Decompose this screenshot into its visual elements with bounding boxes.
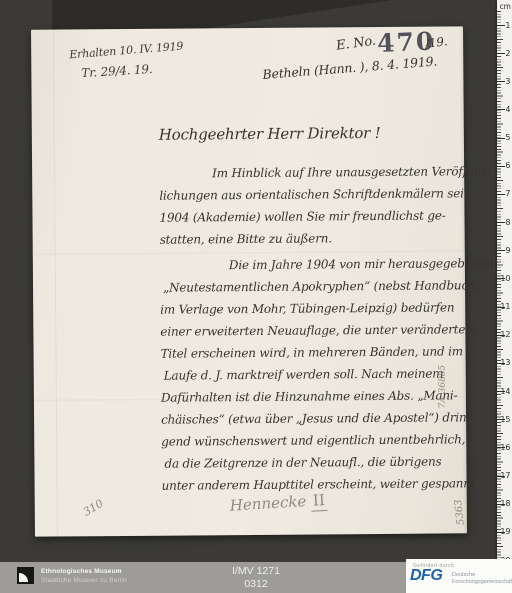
ruler-cm-number: 10 [497, 274, 512, 283]
ruler-cm-number: 3 [497, 77, 512, 86]
entry-number-prefix: E. No. [335, 34, 376, 54]
salutation: Hochgeehrter Herr Direktor ! [159, 124, 381, 144]
letter-line: Titel erscheinen wird, in mehreren Bände… [161, 344, 463, 360]
letter-line: einer erweiterten Neuauflage, die unter … [160, 322, 476, 338]
fold-crease-horizontal-1 [33, 250, 465, 256]
letter-line: da die Zeitgrenze in der Neuaufl., die ü… [164, 454, 441, 470]
letter-line: statten, eine Bitte zu äußern. [160, 231, 332, 246]
ruler-cm-number: 11 [497, 302, 512, 311]
ruler-unit-label: cm [497, 2, 512, 11]
ruler-cm-number: 5 [497, 133, 512, 142]
fold-crease-vertical [53, 30, 59, 537]
ruler-cm-number: 14 [497, 387, 512, 396]
letter-line: „Neutestamentlichen Apokryphen“ (nebst H… [163, 278, 479, 294]
ruler-cm-number: 9 [497, 246, 512, 255]
ruler-half-ticks [497, 39, 503, 560]
entry-number-suffix: /19. [424, 34, 448, 51]
received-note-line1: Erhalten 10. IV. 1919 [69, 40, 184, 62]
letter-line: unter anderem Haupttitel erscheint, weit… [162, 476, 476, 492]
ruler-cm-number: 8 [497, 218, 512, 227]
pencil-catchword-suffix: II [310, 491, 327, 512]
letter-line: Die im Jahre 1904 von mir herausgegebene… [229, 256, 494, 272]
letter-line: Im Hinblick auf Ihre unausgesetzten Verö… [212, 164, 490, 180]
letter-line: 1904 (Akademie) wollen Sie mir freundlic… [159, 208, 445, 224]
letter-line: im Verlage von Mohr, Tübingen-Leipzig) b… [160, 300, 454, 316]
museum-org: Staatliche Museen zu Berlin [41, 577, 127, 584]
ruler-cm-number: 7 [497, 189, 512, 198]
ruler-cm-number: 13 [497, 358, 512, 367]
pencil-catchword-text: Hennecke [229, 492, 306, 515]
pencil-margin-number-top: 7A 36885 [438, 365, 448, 409]
ruler-cm-number: 19 [497, 527, 512, 536]
dfg-acronym: DFG [410, 567, 442, 585]
letter-line: Dafürhalten ist die Hinzunahme eines Abs… [161, 388, 458, 404]
pencil-catchword: Hennecke II [229, 491, 327, 515]
ruler-cm-number: 16 [497, 443, 512, 452]
ruler-cm-number: 12 [497, 330, 512, 339]
ruler-cm-number: 2 [497, 49, 512, 58]
letter-paper: Erhalten 10. IV. 1919 Tr. 29/4. 19. E. N… [31, 26, 467, 536]
dateline: Betheln (Hann. ), 8. 4. 1919. [262, 53, 438, 82]
letter-line: Laufe d. J. marktreif werden soll. Nach … [164, 366, 444, 382]
dfg-full-name: Deutsche Forschungsgemeinschaft [452, 572, 512, 586]
ruler-cm-number: 17 [497, 471, 512, 480]
ruler-cm-number: 18 [497, 499, 512, 508]
letter-line: gend wünschenswert und eigentlich unentb… [161, 432, 465, 448]
letter-line: lichungen aus orientalischen Schriftdenk… [159, 186, 468, 202]
smb-logo [17, 567, 34, 584]
pencil-note-310: 310 [81, 497, 106, 519]
ruler-cm-number: 4 [497, 105, 512, 114]
ruler-cm-number: 6 [497, 161, 512, 170]
received-note-line2: Tr. 29/4. 19. [81, 62, 153, 80]
inventory-number: I/MV 1271 [232, 565, 280, 577]
museum-name: Ethnologisches Museum [41, 568, 122, 575]
dfg-name-line1: Deutsche [452, 572, 475, 578]
ruler-cm-number: 15 [497, 415, 512, 424]
ruler-cm-number: 1 [497, 21, 512, 30]
ruler: cm 1234567891011121314151617181920 [497, 0, 512, 561]
page-number: 0312 [244, 578, 267, 590]
dfg-logo: Gefördert durch DFG Deutsche Forschungsg… [406, 559, 512, 593]
letter-line: chäisches“ (etwa über „Jesus und die Apo… [161, 410, 470, 426]
dfg-name-line2: Forschungsgemeinschaft [452, 579, 512, 585]
smb-logo-glyph [19, 573, 28, 582]
